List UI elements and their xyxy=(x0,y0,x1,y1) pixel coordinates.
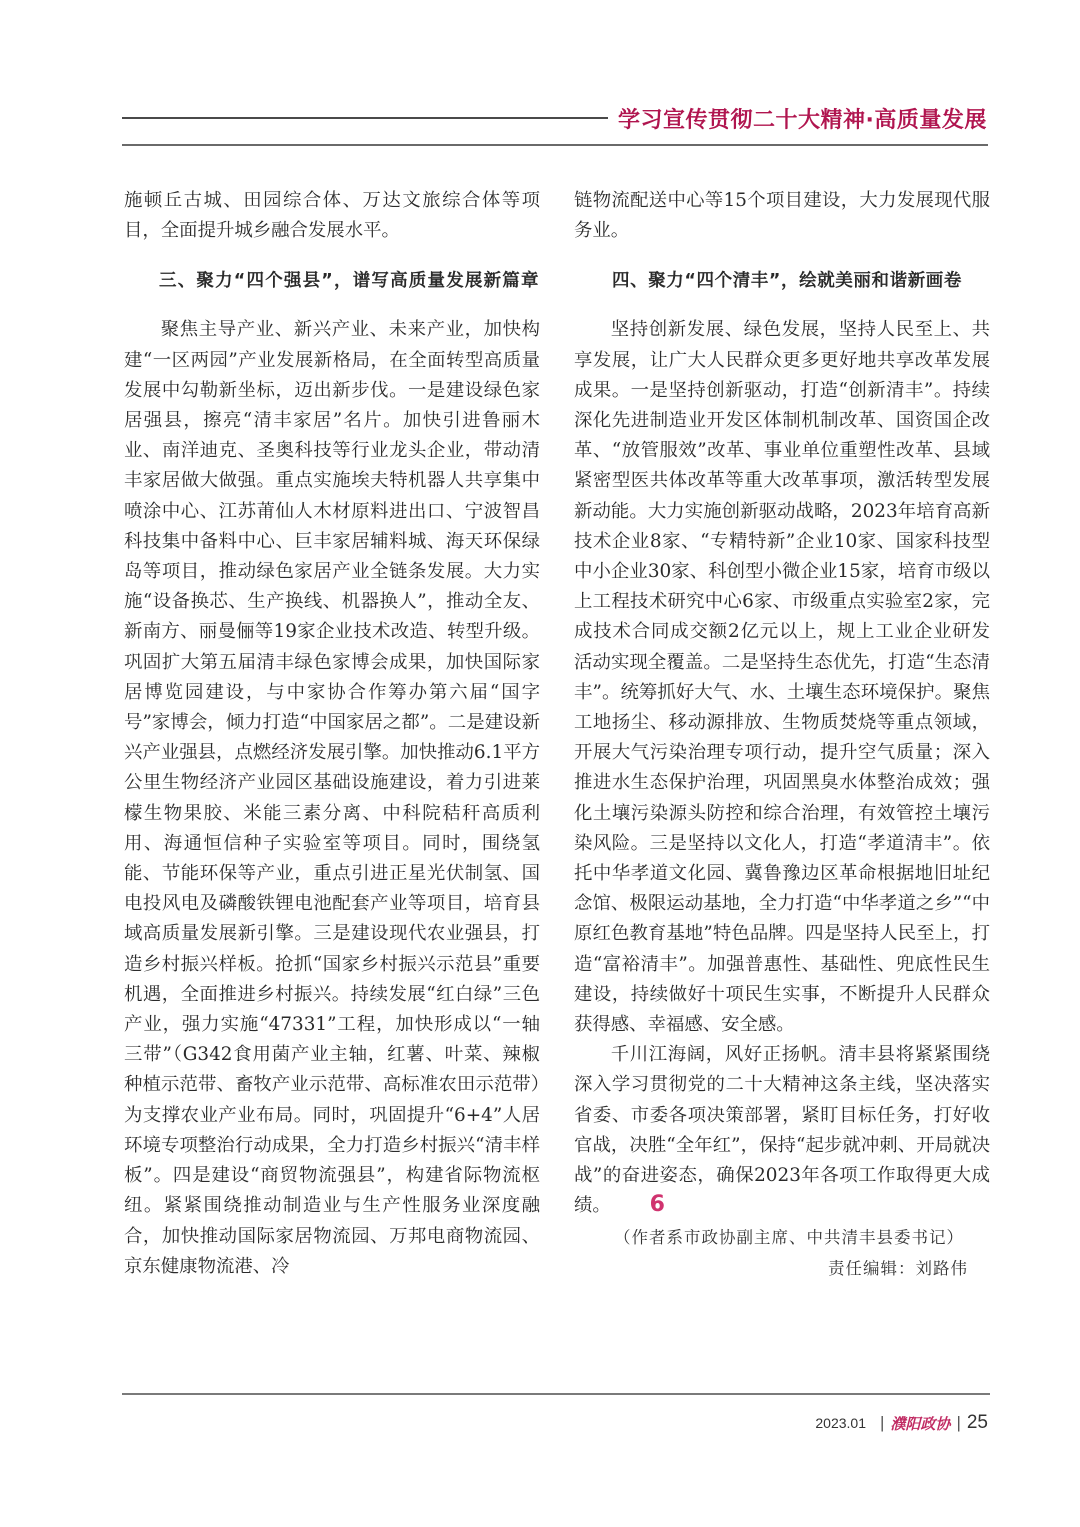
footer-rule xyxy=(122,1393,990,1395)
page-footer: 2023.01 | 濮阳政协 | 25 xyxy=(815,1410,988,1436)
closing-paragraph: 千川江海阔，风好正扬帆。清丰县将紧紧围绕深入学习贯彻党的二十大精神这条主线，坚决… xyxy=(574,1040,990,1221)
article-end-mark-icon: 6 xyxy=(613,1194,665,1216)
section-4-body: 坚持创新发展、绿色发展，坚持人民至上、共享发展，让广大人民群众更多更好地共享改革… xyxy=(574,315,990,1040)
footer-separator: | xyxy=(880,1413,884,1433)
closing-text: 千川江海阔，风好正扬帆。清丰县将紧紧围绕深入学习贯彻党的二十大精神这条主线，坚决… xyxy=(574,1044,990,1216)
section-heading-3: 三、聚力“四个强县”，谱写高质量发展新篇章 xyxy=(124,266,540,297)
editor-credit: 责任编辑：刘路伟 xyxy=(574,1253,990,1284)
issue-date: 2023.01 xyxy=(815,1415,866,1431)
page-number: 25 xyxy=(967,1412,988,1434)
header-rule-bottom xyxy=(122,144,988,146)
right-column: 链物流配送中心等15个项目建设，大力发展现代服务业。 四、聚力“四个清丰”，绘就… xyxy=(574,186,990,1284)
section-heading-4: 四、聚力“四个清丰”，绘就美丽和谐新画卷 xyxy=(574,266,990,297)
author-note: （作者系市政协副主席、中共清丰县委书记） xyxy=(574,1222,990,1253)
section-3-body: 聚焦主导产业、新兴产业、未来产业，加快构建“一区两园”产业发展新格局，在全面转型… xyxy=(124,315,540,1282)
continued-paragraph: 链物流配送中心等15个项目建设，大力发展现代服务业。 xyxy=(574,186,990,246)
continued-paragraph: 施顿丘古城、田园综合体、万达文旅综合体等项目，全面提升城乡融合发展水平。 xyxy=(124,186,540,246)
header-rule-top xyxy=(122,117,608,119)
footer-separator: | xyxy=(956,1413,960,1433)
left-column: 施顿丘古城、田园综合体、万达文旅综合体等项目，全面提升城乡融合发展水平。 三、聚… xyxy=(124,186,540,1282)
magazine-logo: 濮阳政协 xyxy=(890,1413,950,1434)
running-header-title: 学习宣传贯彻二十大精神·高质量发展 xyxy=(618,104,990,138)
